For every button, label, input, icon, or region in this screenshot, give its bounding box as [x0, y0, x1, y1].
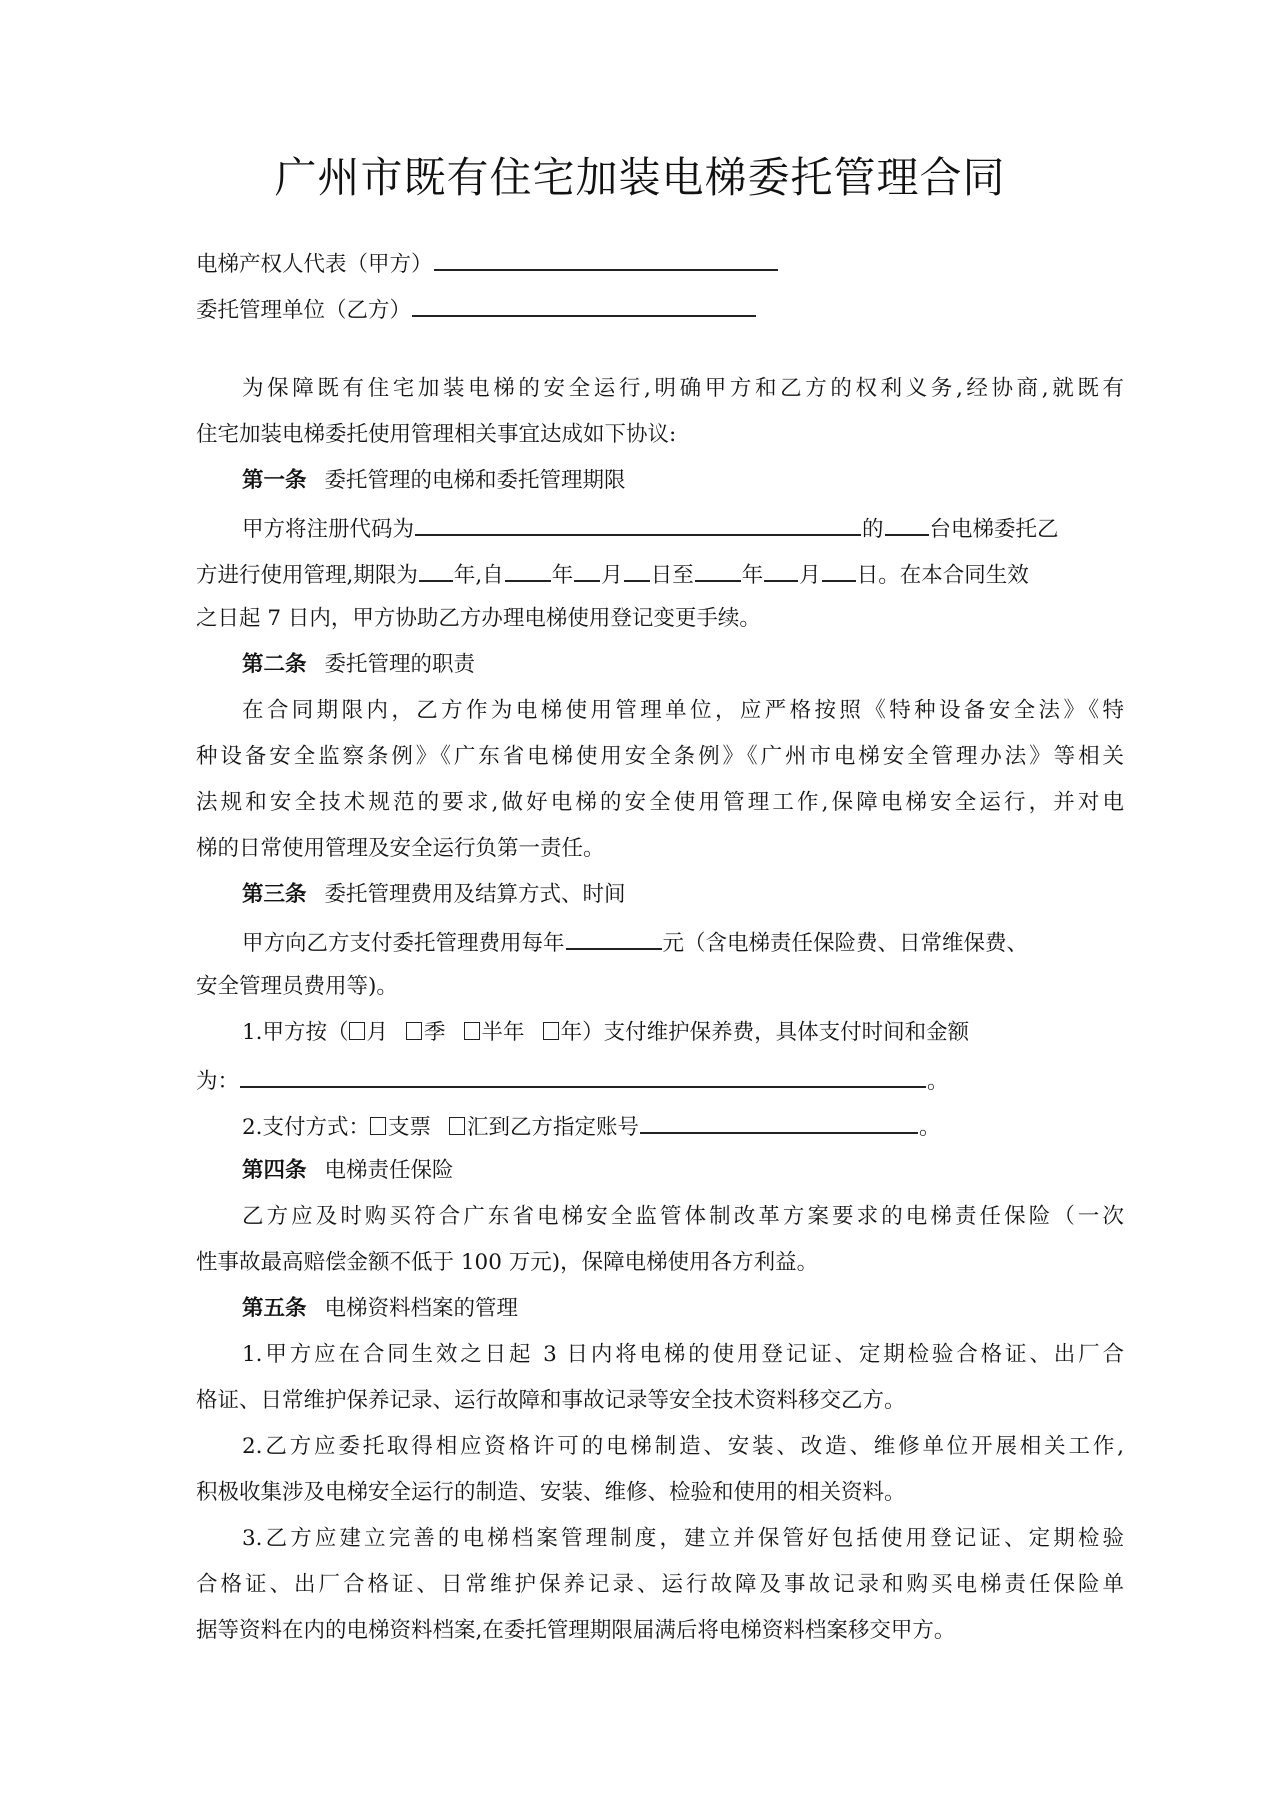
option-cheque[interactable]: 支票	[370, 1115, 431, 1140]
article-5-line: 2.乙方应委托取得相应资格许可的电梯制造、安装、改造、维修单位开展相关工作,	[196, 1432, 1124, 1462]
article-3-heading: 第三条委托管理费用及结算方式、时间	[196, 880, 1124, 910]
option-year[interactable]: 年	[543, 1020, 583, 1045]
article-5-line: 积极收集涉及电梯安全运行的制造、安装、维修、检验和使用的相关资料。	[196, 1478, 1124, 1508]
checkbox-icon[interactable]	[464, 1022, 480, 1040]
article-title: 电梯责任保险	[325, 1158, 454, 1183]
article-5-line: 据等资料在内的电梯资料档案,在委托管理期限届满后将电梯资料档案移交甲方。	[196, 1616, 1124, 1646]
article-number: 第三条	[242, 882, 307, 907]
party-b-field[interactable]	[412, 293, 756, 317]
payment-schedule-field[interactable]	[240, 1064, 926, 1088]
article-2-line: 法规和安全技术规范的要求,做好电梯的安全使用管理工作,保障电梯安全运行，并对电	[196, 788, 1124, 818]
contract-page: 广州市既有住宅加装电梯委托管理合同 电梯产权人代表（甲方） 委托管理单位（乙方）…	[0, 0, 1280, 1810]
annual-fee-field[interactable]	[566, 926, 662, 950]
start-month-field[interactable]	[574, 558, 600, 582]
article-5-heading: 第五条电梯资料档案的管理	[196, 1294, 1124, 1324]
end-month-field[interactable]	[764, 558, 798, 582]
article-4-line: 性事故最高赔偿金额不低于 100 万元)，保障电梯使用各方利益。	[196, 1248, 1124, 1278]
payment-method-row: 2.支付方式：支票汇到乙方指定账号。	[196, 1110, 1124, 1143]
elevator-count-field[interactable]	[885, 512, 929, 536]
article-3-line: 安全管理员费用等)。	[196, 972, 1124, 1002]
registration-code-field[interactable]	[415, 512, 861, 536]
article-1-line: 甲方将注册代码为的台电梯委托乙	[196, 512, 1124, 545]
checkbox-icon[interactable]	[406, 1022, 422, 1040]
article-title: 电梯资料档案的管理	[325, 1296, 519, 1321]
payment-amount-row: 为：。	[196, 1064, 1124, 1097]
party-b-row: 委托管理单位（乙方）	[196, 293, 1124, 326]
option-transfer[interactable]: 汇到乙方指定账号	[449, 1115, 639, 1140]
article-number: 第四条	[242, 1158, 307, 1183]
article-4-heading: 第四条电梯责任保险	[196, 1156, 1124, 1186]
payment-frequency-row: 1.甲方按（月季半年年）支付维护保养费，具体支付时间和金额	[196, 1018, 1124, 1048]
checkbox-icon[interactable]	[349, 1022, 365, 1040]
article-1-line: 方进行使用管理,期限为年,自年月日至年月日。在本合同生效	[196, 558, 1124, 591]
checkbox-icon[interactable]	[543, 1022, 559, 1040]
end-year-field[interactable]	[695, 558, 741, 582]
article-2-line: 梯的日常使用管理及安全运行负第一责任。	[196, 834, 1124, 864]
account-number-field[interactable]	[640, 1110, 918, 1134]
preamble-line: 住宅加装电梯委托使用管理相关事宜达成如下协议:	[196, 420, 1124, 450]
article-5-line: 合格证、出厂合格证、日常维护保养记录、运行故障及事故记录和购买电梯责任保险单	[196, 1570, 1124, 1600]
term-years-field[interactable]	[419, 558, 453, 582]
start-year-field[interactable]	[505, 558, 551, 582]
option-half-year[interactable]: 半年	[464, 1020, 525, 1045]
party-a-label: 电梯产权人代表（甲方）	[196, 252, 433, 277]
article-5-line: 1.甲方应在合同生效之日起 3 日内将电梯的使用登记证、定期检验合格证、出厂合	[196, 1340, 1124, 1370]
article-title: 委托管理的电梯和委托管理期限	[325, 468, 626, 493]
document-title: 广州市既有住宅加装电梯委托管理合同	[0, 148, 1280, 208]
article-1-line: 之日起 7 日内，甲方协助乙方办理电梯使用登记变更手续。	[196, 604, 1124, 634]
article-4-line: 乙方应及时购买符合广东省电梯安全监管体制改革方案要求的电梯责任保险（一次	[196, 1202, 1124, 1232]
party-a-field[interactable]	[434, 247, 778, 271]
checkbox-icon[interactable]	[370, 1117, 386, 1135]
article-1-heading: 第一条委托管理的电梯和委托管理期限	[196, 466, 1124, 496]
article-5-line: 格证、日常维护保养记录、运行故障和事故记录等安全技术资料移交乙方。	[196, 1386, 1124, 1416]
article-title: 委托管理的职责	[325, 652, 476, 677]
start-day-field[interactable]	[624, 558, 650, 582]
party-b-label: 委托管理单位（乙方）	[196, 298, 411, 323]
party-a-row: 电梯产权人代表（甲方）	[196, 247, 1124, 280]
article-2-line: 在合同期限内，乙方作为电梯使用管理单位，应严格按照《特种设备安全法》《特	[196, 696, 1124, 726]
article-number: 第一条	[242, 468, 307, 493]
article-2-heading: 第二条委托管理的职责	[196, 650, 1124, 680]
end-day-field[interactable]	[822, 558, 856, 582]
checkbox-icon[interactable]	[449, 1117, 465, 1135]
article-title: 委托管理费用及结算方式、时间	[325, 882, 626, 907]
option-quarter[interactable]: 季	[406, 1020, 446, 1045]
article-number: 第二条	[242, 652, 307, 677]
article-number: 第五条	[242, 1296, 307, 1321]
option-month[interactable]: 月	[349, 1020, 389, 1045]
article-2-line: 种设备安全监察条例》《广东省电梯使用安全条例》《广州市电梯安全管理办法》等相关	[196, 742, 1124, 772]
preamble-line: 为保障既有住宅加装电梯的安全运行,明确甲方和乙方的权利义务,经协商,就既有	[196, 374, 1124, 404]
article-3-line: 甲方向乙方支付委托管理费用每年元（含电梯责任保险费、日常维保费、	[196, 926, 1124, 959]
article-5-line: 3.乙方应建立完善的电梯档案管理制度，建立并保管好包括使用登记证、定期检验	[196, 1524, 1124, 1554]
